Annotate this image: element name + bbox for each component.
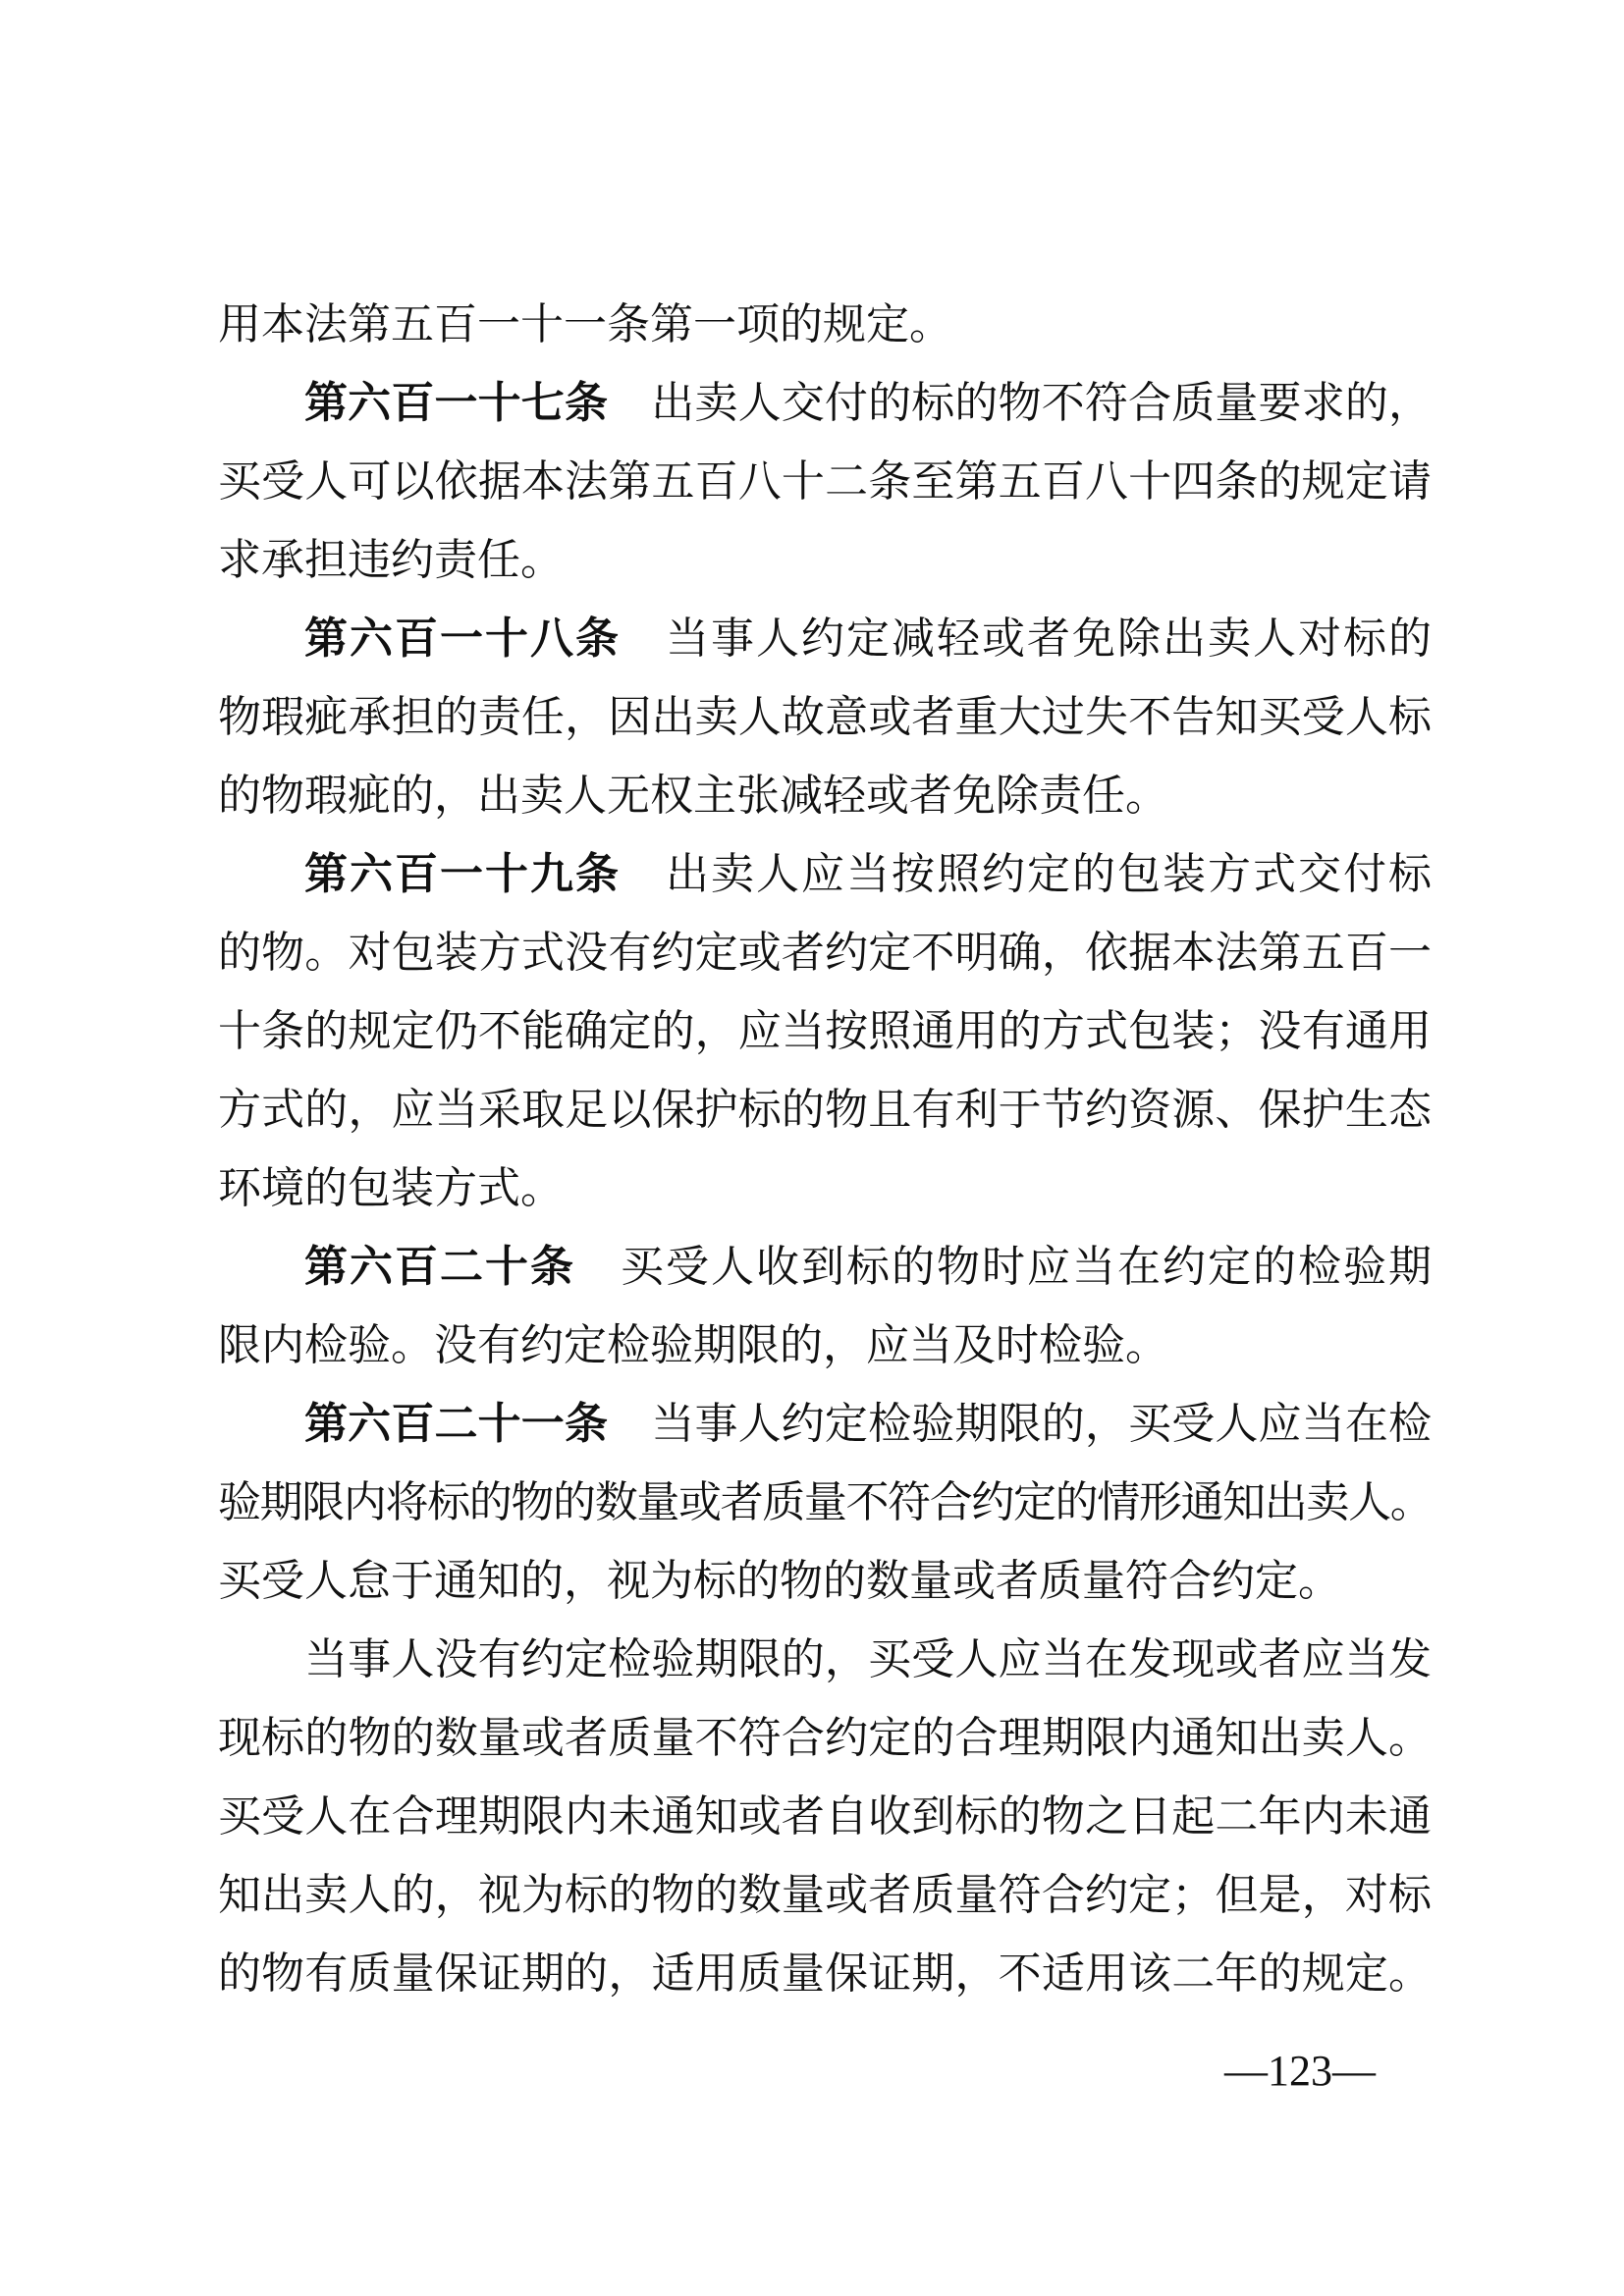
- text-line: 环境的包装方式。: [218, 1149, 1432, 1228]
- text-line: 买受人怠于通知的，视为标的物的数量或者质量符合约定。: [218, 1542, 1432, 1621]
- text-line: 当事人没有约定检验期限的，买受人应当在发现或者应当发: [218, 1621, 1432, 1699]
- line-text: 求承担违约责任。: [218, 536, 564, 584]
- line-text: 出卖人交付的标的物不符合质量要求的，: [608, 379, 1432, 427]
- page-number: —123—: [1168, 2048, 1432, 2095]
- text-line: 用本法第五百一十一条第一项的规定。: [218, 286, 1432, 364]
- text-line: 的物。对包装方式没有约定或者约定不明确，依据本法第五百一: [218, 914, 1432, 992]
- text-line: 的物有质量保证期的，适用质量保证期，不适用该二年的规定。: [218, 1935, 1432, 2013]
- text-line: 物瑕疵承担的责任，因出卖人故意或者重大过失不告知买受人标: [218, 678, 1432, 757]
- text-line-article-617: 第六百一十七条 出卖人交付的标的物不符合质量要求的，: [218, 364, 1432, 443]
- text-line: 方式的，应当采取足以保护标的物且有利于节约资源、保护生态: [218, 1071, 1432, 1149]
- line-text: 限内检验。没有约定检验期限的，应当及时检验。: [218, 1321, 1168, 1369]
- article-number: 第六百一十八条: [304, 614, 621, 663]
- document-page: 用本法第五百一十一条第一项的规定。 第六百一十七条 出卖人交付的标的物不符合质量…: [0, 0, 1624, 2296]
- line-text: 当事人没有约定检验期限的，买受人应当在发现或者应当发: [304, 1635, 1432, 1683]
- line-text: 的物有质量保证期的，适用质量保证期，不适用该二年的规定。: [218, 1949, 1432, 1998]
- text-line: 现标的物的数量或者质量不符合约定的合理期限内通知出卖人。: [218, 1699, 1432, 1778]
- text-line: 的物瑕疵的，出卖人无权主张减轻或者免除责任。: [218, 757, 1432, 835]
- line-text: 的物瑕疵的，出卖人无权主张减轻或者免除责任。: [218, 772, 1168, 820]
- text-line-article-620: 第六百二十条 买受人收到标的物时应当在约定的检验期: [218, 1228, 1432, 1307]
- line-text: 买受人在合理期限内未通知或者自收到标的物之日起二年内未通: [218, 1792, 1432, 1841]
- article-number: 第六百二十一条: [304, 1400, 608, 1448]
- text-line-article-618: 第六百一十八条 当事人约定减轻或者免除出卖人对标的: [218, 600, 1432, 678]
- line-text: 十条的规定仍不能确定的，应当按照通用的方式包装；没有通用: [218, 1007, 1432, 1055]
- line-text: 方式的，应当采取足以保护标的物且有利于节约资源、保护生态: [218, 1086, 1432, 1134]
- text-line: 验期限内将标的物的数量或者质量不符合约定的情形通知出卖人。: [218, 1464, 1432, 1542]
- line-text: 当事人约定检验期限的，买受人应当在检: [608, 1400, 1432, 1448]
- page-content: 用本法第五百一十一条第一项的规定。 第六百一十七条 出卖人交付的标的物不符合质量…: [218, 286, 1432, 2013]
- text-line: 买受人可以依据本法第五百八十二条至第五百八十四条的规定请: [218, 443, 1432, 521]
- line-text: 买受人怠于通知的，视为标的物的数量或者质量符合约定。: [218, 1557, 1341, 1605]
- line-text: 物瑕疵承担的责任，因出卖人故意或者重大过失不告知买受人标: [218, 693, 1432, 741]
- article-number: 第六百一十九条: [304, 850, 621, 898]
- text-line: 买受人在合理期限内未通知或者自收到标的物之日起二年内未通: [218, 1778, 1432, 1856]
- line-text: 环境的包装方式。: [218, 1164, 564, 1212]
- line-text: 的物。对包装方式没有约定或者约定不明确，依据本法第五百一: [218, 929, 1432, 977]
- line-text: 买受人收到标的物时应当在约定的检验期: [575, 1243, 1432, 1291]
- text-line: 十条的规定仍不能确定的，应当按照通用的方式包装；没有通用: [218, 992, 1432, 1071]
- text-line: 求承担违约责任。: [218, 521, 1432, 600]
- line-text: 现标的物的数量或者质量不符合约定的合理期限内通知出卖人。: [218, 1714, 1432, 1762]
- text-line: 知出卖人的，视为标的物的数量或者质量符合约定；但是，对标: [218, 1856, 1432, 1935]
- article-number: 第六百一十七条: [304, 379, 608, 427]
- line-text: 用本法第五百一十一条第一项的规定。: [218, 300, 952, 348]
- text-line-article-621: 第六百二十一条 当事人约定检验期限的，买受人应当在检: [218, 1385, 1432, 1464]
- article-number: 第六百二十条: [304, 1243, 575, 1291]
- text-line: 限内检验。没有约定检验期限的，应当及时检验。: [218, 1307, 1432, 1385]
- line-text: 出卖人应当按照约定的包装方式交付标: [621, 850, 1432, 898]
- line-text: 买受人可以依据本法第五百八十二条至第五百八十四条的规定请: [218, 457, 1432, 506]
- line-text: 知出卖人的，视为标的物的数量或者质量符合约定；但是，对标: [218, 1871, 1432, 1919]
- text-line-article-619: 第六百一十九条 出卖人应当按照约定的包装方式交付标: [218, 835, 1432, 914]
- line-text: 验期限内将标的物的数量或者质量不符合约定的情形通知出卖人。: [218, 1478, 1432, 1526]
- line-text: 当事人约定减轻或者免除出卖人对标的: [621, 614, 1432, 663]
